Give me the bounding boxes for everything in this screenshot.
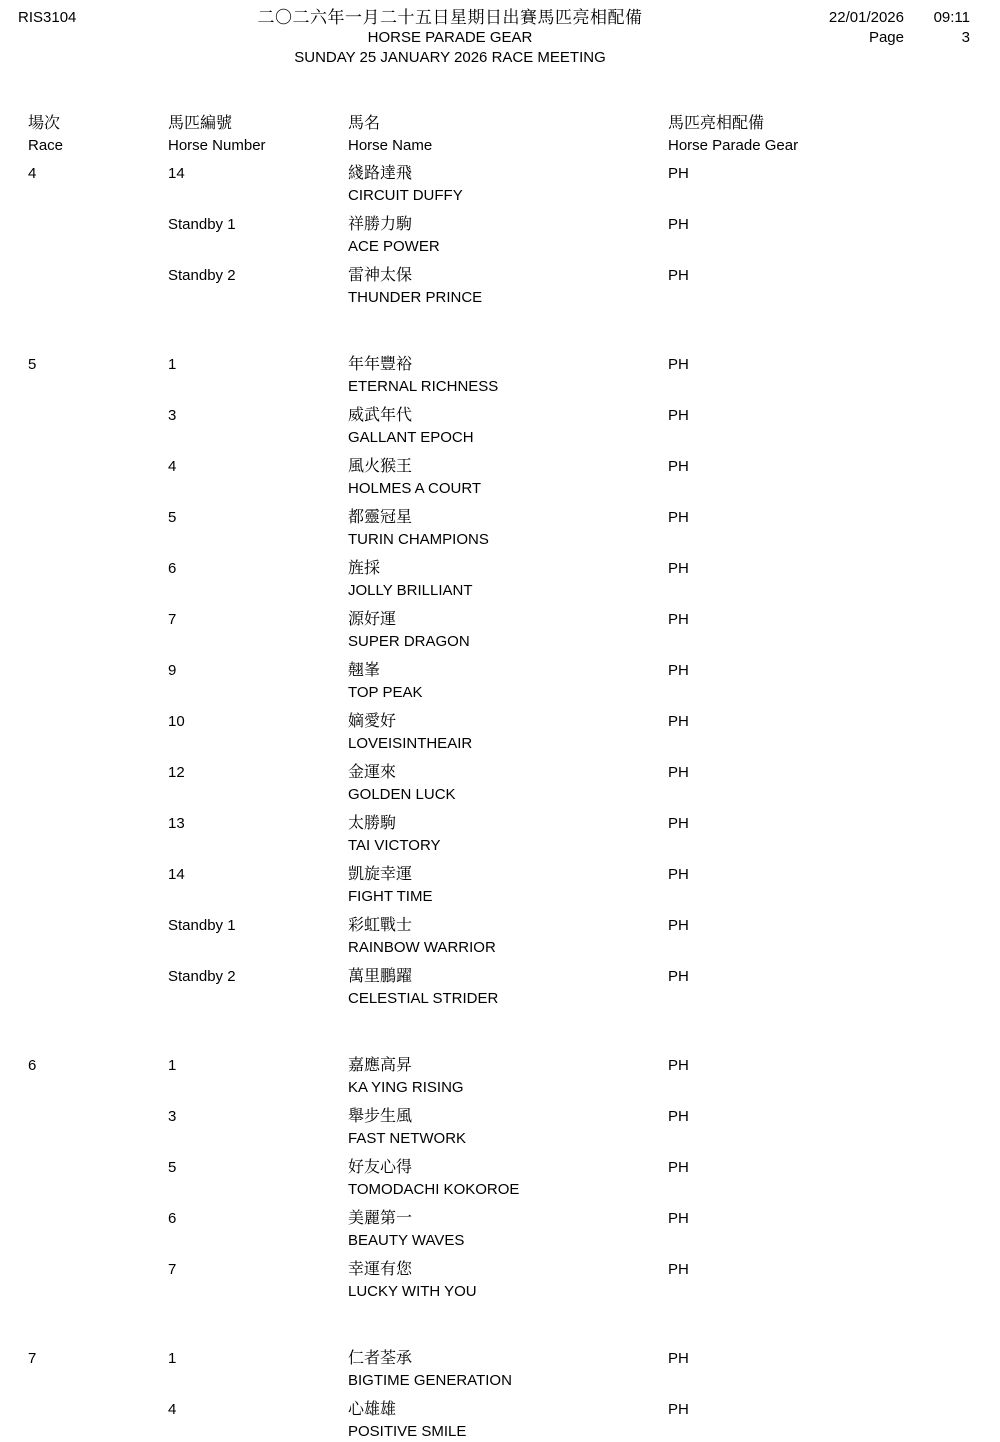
race-number-cell [28, 915, 168, 958]
horse-number-cell: 13 [168, 813, 348, 856]
horse-number-cell: 10 [168, 711, 348, 754]
table-row: 6 旌採 JOLLY BRILLIANT PH [28, 558, 970, 601]
horse-name-en: FIGHT TIME [348, 886, 668, 907]
report-date: 22/01/2026 [780, 8, 904, 28]
horse-name-en: RAINBOW WARRIOR [348, 937, 668, 958]
horse-name-en: CIRCUIT DUFFY [348, 185, 668, 206]
horse-name-cell: 嘉應高昇 KA YING RISING [348, 1055, 668, 1098]
table-row: 5 好友心得 TOMODACHI KOKOROE PH [28, 1157, 970, 1200]
race-number-cell [28, 214, 168, 257]
horse-name-cell: 心雄雄 POSITIVE SMILE [348, 1399, 668, 1442]
horse-name-en: ETERNAL RICHNESS [348, 376, 668, 397]
report-subtitle: SUNDAY 25 JANUARY 2026 RACE MEETING [120, 48, 780, 68]
horse-number-cell: Standby 1 [168, 214, 348, 257]
horse-number-cell: 4 [168, 1399, 348, 1442]
table-row: 14 凱旋幸運 FIGHT TIME PH [28, 864, 970, 907]
page-label: Page [780, 28, 904, 48]
horse-name-en: TURIN CHAMPIONS [348, 529, 668, 550]
horse-name-en: KA YING RISING [348, 1077, 668, 1098]
horse-name-en: BEAUTY WAVES [348, 1230, 668, 1251]
horse-name-en: ACE POWER [348, 236, 668, 257]
report-titles: 二〇二六年一月二十五日星期日出賽馬匹亮相配備 HORSE PARADE GEAR… [120, 8, 780, 68]
horse-name-cell: 舉步生風 FAST NETWORK [348, 1106, 668, 1149]
report-page: RIS3104 二〇二六年一月二十五日星期日出賽馬匹亮相配備 HORSE PAR… [0, 0, 1000, 1442]
horse-name-zh: 舉步生風 [348, 1106, 668, 1128]
horse-name-en: THUNDER PRINCE [348, 287, 668, 308]
document-header: RIS3104 二〇二六年一月二十五日星期日出賽馬匹亮相配備 HORSE PAR… [18, 8, 970, 68]
horse-name-zh: 仁者荃承 [348, 1348, 668, 1370]
parade-gear-cell: PH [668, 660, 970, 703]
horse-number-cell: 5 [168, 1157, 348, 1200]
horse-number-cell: 6 [168, 1208, 348, 1251]
col-header-number-zh: 馬匹編號 [168, 113, 348, 135]
parade-gear-cell: PH [668, 1259, 970, 1302]
horse-name-cell: 翹峯 TOP PEAK [348, 660, 668, 703]
horse-name-cell: 金運來 GOLDEN LUCK [348, 762, 668, 805]
table-row: 12 金運來 GOLDEN LUCK PH [28, 762, 970, 805]
horse-name-en: FAST NETWORK [348, 1128, 668, 1149]
race-number-cell [28, 558, 168, 601]
horse-name-en: LUCKY WITH YOU [348, 1281, 668, 1302]
col-header-gear-en: Horse Parade Gear [668, 135, 970, 156]
horse-name-en: HOLMES A COURT [348, 478, 668, 499]
horse-name-cell: 旌採 JOLLY BRILLIANT [348, 558, 668, 601]
horse-number-cell: 4 [168, 456, 348, 499]
horse-number-cell: 9 [168, 660, 348, 703]
horse-name-en: CELESTIAL STRIDER [348, 988, 668, 1009]
race-number-cell: 6 [28, 1055, 168, 1098]
race-number-cell: 7 [28, 1348, 168, 1391]
parade-gear-table: 場次 馬匹編號 馬名 馬匹亮相配備 Race Horse Number Hors… [18, 113, 970, 1442]
horse-name-en: TOMODACHI KOKOROE [348, 1179, 668, 1200]
table-row: 5 都靈冠星 TURIN CHAMPIONS PH [28, 507, 970, 550]
parade-gear-cell: PH [668, 265, 970, 308]
report-code: RIS3104 [18, 8, 120, 28]
horse-name-zh: 太勝駒 [348, 813, 668, 835]
race-number-cell [28, 660, 168, 703]
parade-gear-cell: PH [668, 456, 970, 499]
parade-gear-cell: PH [668, 1399, 970, 1442]
horse-number-cell: 12 [168, 762, 348, 805]
horse-name-cell: 綫路達飛 CIRCUIT DUFFY [348, 163, 668, 206]
parade-gear-cell: PH [668, 1157, 970, 1200]
col-header-name-zh: 馬名 [348, 113, 668, 135]
table-row: 5 1 年年豐裕 ETERNAL RICHNESS PH [28, 354, 970, 397]
race-number-cell [28, 762, 168, 805]
race-section: 6 1 嘉應高昇 KA YING RISING PH 3 舉步生風 FAST N… [28, 1055, 970, 1302]
table-row: Standby 2 雷神太保 THUNDER PRINCE PH [28, 265, 970, 308]
race-number-cell [28, 265, 168, 308]
parade-gear-cell: PH [668, 558, 970, 601]
col-header-race-en: Race [28, 135, 168, 156]
page-number: 3 [904, 28, 970, 48]
parade-gear-cell: PH [668, 1348, 970, 1391]
parade-gear-cell: PH [668, 354, 970, 397]
race-number-cell [28, 1399, 168, 1442]
table-row: 6 美麗第一 BEAUTY WAVES PH [28, 1208, 970, 1251]
horse-name-en: SUPER DRAGON [348, 631, 668, 652]
horse-name-en: GALLANT EPOCH [348, 427, 668, 448]
horse-number-cell: 7 [168, 609, 348, 652]
horse-name-cell: 好友心得 TOMODACHI KOKOROE [348, 1157, 668, 1200]
horse-name-zh: 綫路達飛 [348, 163, 668, 185]
table-column-headers: 場次 馬匹編號 馬名 馬匹亮相配備 Race Horse Number Hors… [28, 113, 970, 156]
horse-name-zh: 萬里鵬躍 [348, 966, 668, 988]
horse-name-cell: 仁者荃承 BIGTIME GENERATION [348, 1348, 668, 1391]
col-header-name-en: Horse Name [348, 135, 668, 156]
horse-name-cell: 祥勝力駒 ACE POWER [348, 214, 668, 257]
horse-number-cell: 1 [168, 1348, 348, 1391]
horse-name-cell: 幸運有您 LUCKY WITH YOU [348, 1259, 668, 1302]
table-row: Standby 2 萬里鵬躍 CELESTIAL STRIDER PH [28, 966, 970, 1009]
parade-gear-cell: PH [668, 163, 970, 206]
horse-name-en: BIGTIME GENERATION [348, 1370, 668, 1391]
report-meta: 22/01/2026 09:11 Page 3 [780, 8, 970, 48]
horse-name-cell: 風火猴王 HOLMES A COURT [348, 456, 668, 499]
horse-name-zh: 雷神太保 [348, 265, 668, 287]
horse-name-en: LOVEISINTHEAIR [348, 733, 668, 754]
parade-gear-cell: PH [668, 507, 970, 550]
parade-gear-cell: PH [668, 711, 970, 754]
horse-number-cell: 3 [168, 405, 348, 448]
horse-name-en: JOLLY BRILLIANT [348, 580, 668, 601]
horse-name-en: GOLDEN LUCK [348, 784, 668, 805]
parade-gear-cell: PH [668, 1055, 970, 1098]
horse-number-cell: 14 [168, 864, 348, 907]
horse-name-zh: 祥勝力駒 [348, 214, 668, 236]
horse-number-cell: 5 [168, 507, 348, 550]
horse-name-cell: 嫡愛好 LOVEISINTHEAIR [348, 711, 668, 754]
race-section: 4 14 綫路達飛 CIRCUIT DUFFY PH Standby 1 祥勝力… [28, 163, 970, 308]
horse-name-zh: 年年豐裕 [348, 354, 668, 376]
horse-name-zh: 凱旋幸運 [348, 864, 668, 886]
horse-name-cell: 太勝駒 TAI VICTORY [348, 813, 668, 856]
table-row: 7 幸運有您 LUCKY WITH YOU PH [28, 1259, 970, 1302]
race-number-cell [28, 507, 168, 550]
horse-name-cell: 年年豐裕 ETERNAL RICHNESS [348, 354, 668, 397]
table-row: 9 翹峯 TOP PEAK PH [28, 660, 970, 703]
horse-name-zh: 翹峯 [348, 660, 668, 682]
race-number-cell [28, 405, 168, 448]
horse-name-zh: 都靈冠星 [348, 507, 668, 529]
horse-name-zh: 嘉應高昇 [348, 1055, 668, 1077]
horse-number-cell: 7 [168, 1259, 348, 1302]
race-section: 7 1 仁者荃承 BIGTIME GENERATION PH 4 心雄雄 POS… [28, 1348, 970, 1442]
race-list: 4 14 綫路達飛 CIRCUIT DUFFY PH Standby 1 祥勝力… [28, 163, 970, 1442]
col-header-gear-zh: 馬匹亮相配備 [668, 113, 970, 135]
race-number-cell [28, 1259, 168, 1302]
parade-gear-cell: PH [668, 762, 970, 805]
table-row: 4 心雄雄 POSITIVE SMILE PH [28, 1399, 970, 1442]
race-number-cell: 4 [28, 163, 168, 206]
parade-gear-cell: PH [668, 405, 970, 448]
race-number-cell [28, 456, 168, 499]
race-number-cell [28, 966, 168, 1009]
horse-name-zh: 美麗第一 [348, 1208, 668, 1230]
horse-name-en: TAI VICTORY [348, 835, 668, 856]
horse-name-zh: 幸運有您 [348, 1259, 668, 1281]
race-number-cell [28, 1157, 168, 1200]
race-number-cell [28, 1208, 168, 1251]
horse-name-cell: 源好運 SUPER DRAGON [348, 609, 668, 652]
table-row: Standby 1 祥勝力駒 ACE POWER PH [28, 214, 970, 257]
horse-name-zh: 風火猴王 [348, 456, 668, 478]
column-headers-zh: 場次 馬匹編號 馬名 馬匹亮相配備 [28, 113, 970, 135]
report-title-en: HORSE PARADE GEAR [120, 28, 780, 48]
horse-number-cell: 14 [168, 163, 348, 206]
race-number-cell [28, 813, 168, 856]
parade-gear-cell: PH [668, 1208, 970, 1251]
parade-gear-cell: PH [668, 813, 970, 856]
horse-name-cell: 都靈冠星 TURIN CHAMPIONS [348, 507, 668, 550]
table-row: 10 嫡愛好 LOVEISINTHEAIR PH [28, 711, 970, 754]
horse-name-cell: 雷神太保 THUNDER PRINCE [348, 265, 668, 308]
horse-number-cell: 1 [168, 354, 348, 397]
race-section: 5 1 年年豐裕 ETERNAL RICHNESS PH 3 威武年代 GALL… [28, 354, 970, 1009]
race-number-cell [28, 1106, 168, 1149]
horse-number-cell: Standby 2 [168, 966, 348, 1009]
parade-gear-cell: PH [668, 1106, 970, 1149]
horse-name-en: POSITIVE SMILE [348, 1421, 668, 1442]
table-row: 3 威武年代 GALLANT EPOCH PH [28, 405, 970, 448]
horse-name-zh: 源好運 [348, 609, 668, 631]
report-time: 09:11 [904, 8, 970, 28]
table-row: 7 源好運 SUPER DRAGON PH [28, 609, 970, 652]
horse-number-cell: Standby 2 [168, 265, 348, 308]
parade-gear-cell: PH [668, 214, 970, 257]
race-number-cell [28, 609, 168, 652]
horse-name-zh: 金運來 [348, 762, 668, 784]
parade-gear-cell: PH [668, 915, 970, 958]
horse-name-zh: 威武年代 [348, 405, 668, 427]
col-header-number-en: Horse Number [168, 135, 348, 156]
horse-name-zh: 旌採 [348, 558, 668, 580]
race-number-cell [28, 864, 168, 907]
parade-gear-cell: PH [668, 609, 970, 652]
table-row: 4 14 綫路達飛 CIRCUIT DUFFY PH [28, 163, 970, 206]
table-row: Standby 1 彩虹戰士 RAINBOW WARRIOR PH [28, 915, 970, 958]
horse-name-cell: 彩虹戰士 RAINBOW WARRIOR [348, 915, 668, 958]
horse-number-cell: 3 [168, 1106, 348, 1149]
horse-name-cell: 美麗第一 BEAUTY WAVES [348, 1208, 668, 1251]
race-number-cell [28, 711, 168, 754]
horse-number-cell: 6 [168, 558, 348, 601]
table-row: 13 太勝駒 TAI VICTORY PH [28, 813, 970, 856]
table-row: 7 1 仁者荃承 BIGTIME GENERATION PH [28, 1348, 970, 1391]
horse-number-cell: Standby 1 [168, 915, 348, 958]
horse-name-zh: 好友心得 [348, 1157, 668, 1179]
horse-name-en: TOP PEAK [348, 682, 668, 703]
report-title-zh: 二〇二六年一月二十五日星期日出賽馬匹亮相配備 [120, 8, 780, 28]
horse-name-zh: 心雄雄 [348, 1399, 668, 1421]
horse-name-zh: 彩虹戰士 [348, 915, 668, 937]
table-row: 6 1 嘉應高昇 KA YING RISING PH [28, 1055, 970, 1098]
table-row: 3 舉步生風 FAST NETWORK PH [28, 1106, 970, 1149]
horse-name-cell: 萬里鵬躍 CELESTIAL STRIDER [348, 966, 668, 1009]
horse-number-cell: 1 [168, 1055, 348, 1098]
parade-gear-cell: PH [668, 864, 970, 907]
col-header-race-zh: 場次 [28, 113, 168, 135]
horse-name-cell: 凱旋幸運 FIGHT TIME [348, 864, 668, 907]
table-row: 4 風火猴王 HOLMES A COURT PH [28, 456, 970, 499]
column-headers-en: Race Horse Number Horse Name Horse Parad… [28, 135, 970, 156]
horse-name-cell: 威武年代 GALLANT EPOCH [348, 405, 668, 448]
race-number-cell: 5 [28, 354, 168, 397]
horse-name-zh: 嫡愛好 [348, 711, 668, 733]
parade-gear-cell: PH [668, 966, 970, 1009]
